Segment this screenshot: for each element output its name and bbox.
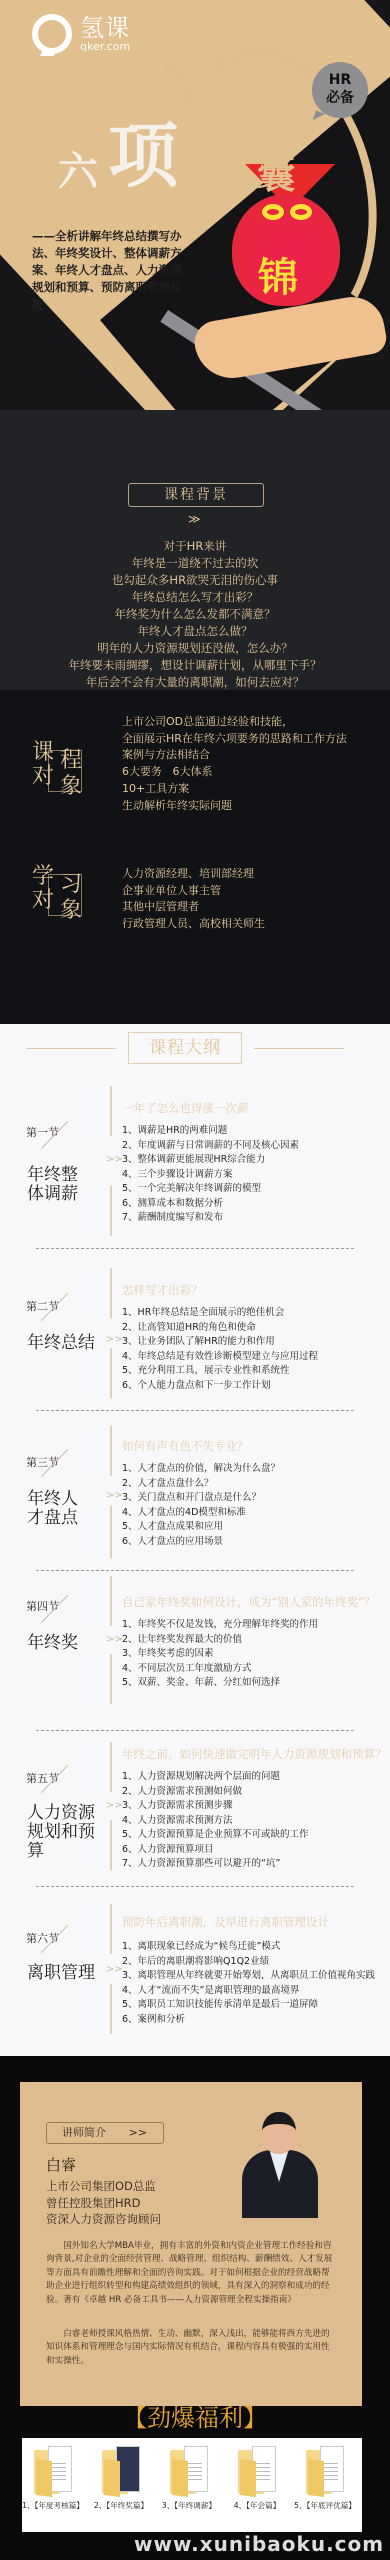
- outline-item: 5、人力资源预算是企业预算不可或缺的工作: [122, 1828, 309, 1843]
- background-line: 年终人才盘点怎么做？: [0, 623, 390, 640]
- folder-icon[interactable]: [102, 2446, 142, 2496]
- section-name: 人力资源规划和预算: [27, 1804, 99, 1861]
- course-points: 上市公司OD总监通过经验和技能， 全面展示HR在年终六项要务的思路和工作方法 案…: [122, 714, 347, 814]
- audience-point: 人力资源经理、培训部经理: [122, 866, 265, 883]
- title-xiang: 项: [108, 100, 178, 201]
- title-hr-year-end: HR年终: [198, 108, 296, 145]
- teacher-photo: [242, 2112, 320, 2218]
- dashed-divider: [36, 1570, 354, 1571]
- outline-item: 2、人力资源需求预测如何做: [122, 1785, 309, 1800]
- folder-icon[interactable]: [34, 2446, 74, 2496]
- course-point: 全面展示HR在年终六项要务的思路和工作方法: [122, 731, 347, 748]
- outline-item: 6、人力资源预算项目: [122, 1843, 309, 1858]
- double-chevron-down-icon: ≫: [188, 512, 201, 526]
- outline-section-2: 第二节 年终总结 >> 怎样写才出彩？ 1、HR年终总结是全面展示的绝佳机会 2…: [0, 1268, 390, 1418]
- course-intro-section: 课 程 对 象 上市公司OD总监通过经验和技能， 全面展示HR在年终六项要务的思…: [0, 690, 390, 1024]
- outline-item: 2、让年终奖发挥最大的价值: [122, 1633, 318, 1648]
- bag-glyph: 锦: [258, 246, 298, 303]
- outline-item: 1、调薪是HR的两难问题: [122, 1124, 299, 1139]
- section-number: 第四节: [26, 1598, 59, 1614]
- divider-line: [254, 1048, 344, 1049]
- outline-item: 7、人力资源预算那些可以避开的“坑”: [122, 1857, 309, 1872]
- background-line: 年终总结怎么写才出彩？: [0, 589, 390, 606]
- outline-section-4: 第四节 年终奖 >> 自己家年终奖如何设计，成为“别人家的年终奖”？ 1、年终奖…: [0, 1576, 390, 1736]
- dashed-divider: [36, 1410, 354, 1411]
- vertical-rule: [110, 1426, 112, 1476]
- vertical-rule: [110, 1984, 112, 2034]
- background-line: 也勾起众多HR欲哭无泪的伤心事: [0, 572, 390, 589]
- outline-item: 6、人才盘点的应用场景: [122, 1535, 280, 1550]
- outline-section-5: 第五节 人力资源规划和预算 >> 年终之前，如何快速做完明年人力资源规划和预算？…: [0, 1742, 390, 1892]
- hr-essential-badge: HR 必备: [312, 62, 368, 118]
- outline-title: 课程大纲: [128, 1032, 242, 1064]
- double-chevron-right-icon: >>: [129, 2123, 147, 2143]
- bonus-file-label[interactable]: 5、【年底评优篇】: [294, 2500, 356, 2511]
- ribbon-bow-icon: [262, 204, 312, 226]
- section-subtitle: 自己家年终奖如何设计，成为“别人家的年终奖”？: [122, 1594, 375, 1610]
- outline-item: 4、人才“流而不失”是离职管理的最高境界: [122, 1984, 375, 1999]
- hero-banner: 氢课 qker.com HR 必备 六 项 HR年终 锦囊 锦 ——全析讲解年终…: [0, 0, 390, 410]
- background-line: 年后会不会有大量的离职潮，如何去应对？: [0, 674, 390, 691]
- outline-item: 6、案例和分析: [122, 2013, 375, 2028]
- outline-item: 1、离职现象已经成为“候鸟迁徙”模式: [122, 1940, 375, 1955]
- background-line: 明年的人力资源规划还没做，怎么办？: [0, 640, 390, 657]
- section-name: 年终奖: [27, 1634, 78, 1653]
- outline-item: 1、HR年终总结是全面展示的绝佳机会: [122, 1306, 318, 1321]
- outline-item: 6、个人能力盘点和下一步工作计划: [122, 1379, 318, 1394]
- course-point: 生动解析年终实际问题: [122, 798, 347, 815]
- outline-item: 1、人力资源规划解决两个层面的问题: [122, 1770, 309, 1785]
- section-title-background: 课程背景: [128, 483, 264, 507]
- vertical-rule: [110, 1904, 112, 1954]
- section-name: 年终人才盘点: [27, 1490, 87, 1528]
- outline-item: 5、充分利用工具，展示专业性和系统性: [122, 1364, 318, 1379]
- vertical-rule: [110, 1742, 112, 1792]
- outline-item: 5、一个完美解决年终调薪的模型: [122, 1182, 299, 1197]
- folder-icon[interactable]: [170, 2446, 210, 2496]
- outline-item: 4、人力资源需求预测方法: [122, 1814, 309, 1829]
- audience-label: 学 习 对 象: [32, 866, 88, 926]
- folder-icon[interactable]: [306, 2446, 346, 2496]
- outline-item: 3、人力资源需求预测步骤: [122, 1799, 309, 1814]
- logo-name: 氢课: [80, 15, 130, 41]
- double-chevron-right-icon: >>: [106, 1964, 123, 1975]
- double-chevron-right-icon: >>: [106, 1334, 123, 1345]
- background-line: 对于HR来讲: [0, 538, 390, 555]
- hero-description: ——全析讲解年终总结撰写办法、年终奖设计、整体调薪方案、年终人才盘点、人力资源规…: [32, 228, 182, 313]
- teacher-style: 白睿老师授课风格热情、生动、幽默，深入浅出，能够能将西方先进的知识体系和管理理念…: [46, 2328, 338, 2368]
- outline-item: 5、人才盘点成果和应用: [122, 1520, 280, 1535]
- outline-item: 3、关门盘点和开门盘点是什么？: [122, 1491, 280, 1506]
- outline-item: 2、年后的离职潮将影响Q1Q2业绩: [122, 1955, 375, 1970]
- badge-line-1: HR: [312, 71, 368, 89]
- logo-q-icon: [32, 14, 72, 54]
- outline-item: 2、年度调薪与日常调薪的不同及核心因素: [122, 1139, 299, 1154]
- course-point: 上市公司OD总监通过经验和技能，: [122, 714, 347, 731]
- bonus-title: 【劲爆福利】: [0, 2398, 390, 2433]
- outline-item: 3、让业务团队了解HR的能力和作用: [122, 1335, 318, 1350]
- outline-item: 3、年终奖考虑的因素: [122, 1647, 318, 1662]
- vertical-rule: [110, 1820, 112, 1870]
- teacher-bio: 国外知名大学MBA毕业，拥有丰富的外资和内资企业管理工作经验和咨询背景,对企业的…: [46, 2240, 338, 2307]
- teacher-role: 资深人力资源咨询顾问: [46, 2211, 161, 2228]
- section-name: 年终总结: [27, 1334, 95, 1353]
- teacher-card: 讲师简介 >> 白睿 上市公司集团OD总监 曾任控股集团HRD 资深人力资源咨询…: [20, 2082, 362, 2406]
- outline-item: 3、整体调薪更能展现HR综合能力: [122, 1153, 299, 1168]
- course-background-section: 课程背景 ≫ 对于HR来讲 年终是一道绕不过去的坎 也勾起众多HR欲哭无泪的伤心…: [0, 410, 390, 690]
- outline-item: 2、人才盘点盘什么？: [122, 1477, 280, 1492]
- section-name: 年终整体调薪: [27, 1166, 87, 1204]
- section-number: 第一节: [26, 1124, 59, 1140]
- section-subtitle: 一年了怎么也得涨一次薪: [122, 1100, 249, 1116]
- vertical-rule: [110, 1576, 112, 1626]
- vertical-rule: [110, 1654, 112, 1704]
- title-six: 六: [58, 140, 98, 197]
- outline-section-6: 第六节 离职管理 >> 预防年后离职潮，及早进行离职管理设计 1、离职现象已经成…: [0, 1904, 390, 2044]
- teacher-name: 白睿: [46, 2154, 76, 2175]
- vertical-rule: [110, 1268, 112, 1318]
- course-point: 10+工具方案: [122, 781, 347, 798]
- outline-item: 4、人才盘点的4D模型和标准: [122, 1506, 280, 1521]
- double-chevron-right-icon: >>: [106, 1634, 123, 1645]
- outline-item: 5、离职员工知识技能传承清单是最后一道屏障: [122, 1998, 375, 2013]
- outline-section-1: 第一节 年终整体调薪 >> 一年了怎么也得涨一次薪 1、调薪是HR的两难问题 2…: [0, 1086, 390, 1254]
- divider-line: [26, 1048, 116, 1049]
- background-lines: 对于HR来讲 年终是一道绕不过去的坎 也勾起众多HR欲哭无泪的伤心事 年终总结怎…: [0, 538, 390, 691]
- outline-item: 1、年终奖不仅是发钱，充分理解年终奖的作用: [122, 1618, 318, 1633]
- section-name: 离职管理: [27, 1964, 95, 1983]
- bonus-file-label[interactable]: 4、【年会篇】: [226, 2500, 288, 2511]
- outline-item: 3、离职管理从年终就要开始筹划，从离职员工价值视角实践: [122, 1969, 375, 1984]
- double-chevron-right-icon: >>: [106, 1154, 123, 1165]
- audience-points: 人力资源经理、培训部经理 企事业单位人事主管 其他中层管理者 行政管理人员、高校…: [122, 866, 265, 933]
- outline-item: 4、三个步骤设计调薪方案: [122, 1168, 299, 1183]
- outline-item: 2、让高管知道HR的角色和使命: [122, 1321, 318, 1336]
- vertical-rule: [110, 1186, 112, 1236]
- section-items: 1、人才盘点的价值，解决为什么盘？ 2、人才盘点盘什么？ 3、关门盘点和开门盘点…: [122, 1462, 280, 1549]
- audience-point: 其他中层管理者: [122, 899, 265, 916]
- section-items: 1、人力资源规划解决两个层面的问题 2、人力资源需求预测如何做 3、人力资源需求…: [122, 1770, 309, 1872]
- bonus-files-panel: 1、【年度考核篇】 2、【年终奖篇】 3、【年终调薪】 4、【年会篇】 5、【年…: [22, 2438, 362, 2532]
- bonus-file-label[interactable]: 2、【年终奖篇】: [90, 2500, 152, 2511]
- section-items: 1、年终奖不仅是发钱，充分理解年终奖的作用 2、让年终奖发挥最大的价值 3、年终…: [122, 1618, 318, 1691]
- dashed-divider: [36, 1886, 354, 1887]
- double-chevron-right-icon: >>: [106, 1800, 123, 1811]
- course-point: 6大要务 6大体系: [122, 764, 347, 781]
- bonus-file-label[interactable]: 1、【年度考核篇】: [22, 2500, 84, 2511]
- teacher-roles: 上市公司集团OD总监 曾任控股集团HRD 资深人力资源咨询顾问: [46, 2178, 161, 2228]
- course-target-label: 课 程 对 象: [32, 742, 88, 802]
- brand-logo[interactable]: 氢课 qker.com: [32, 14, 130, 54]
- bonus-file-label[interactable]: 3、【年终调薪】: [158, 2500, 220, 2511]
- vertical-rule: [110, 1348, 112, 1398]
- background-line: 年终奖为什么怎么发都不满意？: [0, 606, 390, 623]
- background-line: 年终是一道绕不过去的坎: [0, 555, 390, 572]
- watermark-text: www.xunibaoku.com: [134, 2532, 384, 2556]
- vertical-rule: [110, 1086, 112, 1136]
- outline-item: 1、人才盘点的价值，解决为什么盘？: [122, 1462, 280, 1477]
- teacher-intro-label: 讲师简介: [62, 2126, 106, 2139]
- title-jinnang: 锦囊: [205, 144, 309, 199]
- section-subtitle: 如何有声有色不失专业？: [122, 1438, 249, 1454]
- folder-icon[interactable]: [238, 2446, 278, 2496]
- course-outline-section: 课程大纲 第一节 年终整体调薪 >> 一年了怎么也得涨一次薪 1、调薪是HR的两…: [0, 1024, 390, 2056]
- audience-point: 行政管理人员、高校相关师生: [122, 916, 265, 933]
- audience-point: 企事业单位人事主管: [122, 883, 265, 900]
- outline-item: 6、测算成本和数据分析: [122, 1197, 299, 1212]
- logo-domain: qker.com: [80, 41, 130, 53]
- teacher-intro-button[interactable]: 讲师简介 >>: [46, 2122, 164, 2144]
- outline-item: 4、不同层次员工年度激励方式: [122, 1662, 318, 1677]
- teacher-role: 曾任控股集团HRD: [46, 2195, 161, 2212]
- dashed-divider: [36, 1730, 354, 1731]
- section-subtitle: 预防年后离职潮，及早进行离职管理设计: [122, 1914, 329, 1930]
- outline-item: 5、双薪、奖金、年薪、分红如何选择: [122, 1676, 318, 1691]
- double-chevron-right-icon: >>: [106, 1490, 123, 1501]
- teacher-role: 上市公司集团OD总监: [46, 2178, 161, 2195]
- section-items: 1、调薪是HR的两难问题 2、年度调薪与日常调薪的不同及核心因素 3、整体调薪更…: [122, 1124, 299, 1226]
- section-items: 1、离职现象已经成为“候鸟迁徙”模式 2、年后的离职潮将影响Q1Q2业绩 3、离…: [122, 1940, 375, 2027]
- course-point: 案例与方法相结合: [122, 747, 347, 764]
- outline-item: 4、年终总结是有效性诊断模型建立与应用过程: [122, 1350, 318, 1365]
- outline-section-3: 第三节 年终人才盘点 >> 如何有声有色不失专业？ 1、人才盘点的价值，解决为什…: [0, 1426, 390, 1576]
- section-subtitle: 年终之前，如何快速做完明年人力资源规划和预算？: [122, 1746, 387, 1762]
- vertical-rule: [110, 1506, 112, 1558]
- badge-line-2: 必备: [312, 89, 368, 107]
- background-line: 年终要未雨绸缪，想设计调薪计划，从哪里下手？: [0, 657, 390, 674]
- outline-header: 课程大纲: [0, 1032, 390, 1066]
- dashed-divider: [36, 1248, 354, 1249]
- section-items: 1、HR年终总结是全面展示的绝佳机会 2、让高管知道HR的角色和使命 3、让业务…: [122, 1306, 318, 1393]
- outline-item: 7、薪酬制度编写和发布: [122, 1211, 299, 1226]
- section-subtitle: 怎样写才出彩？: [122, 1282, 203, 1298]
